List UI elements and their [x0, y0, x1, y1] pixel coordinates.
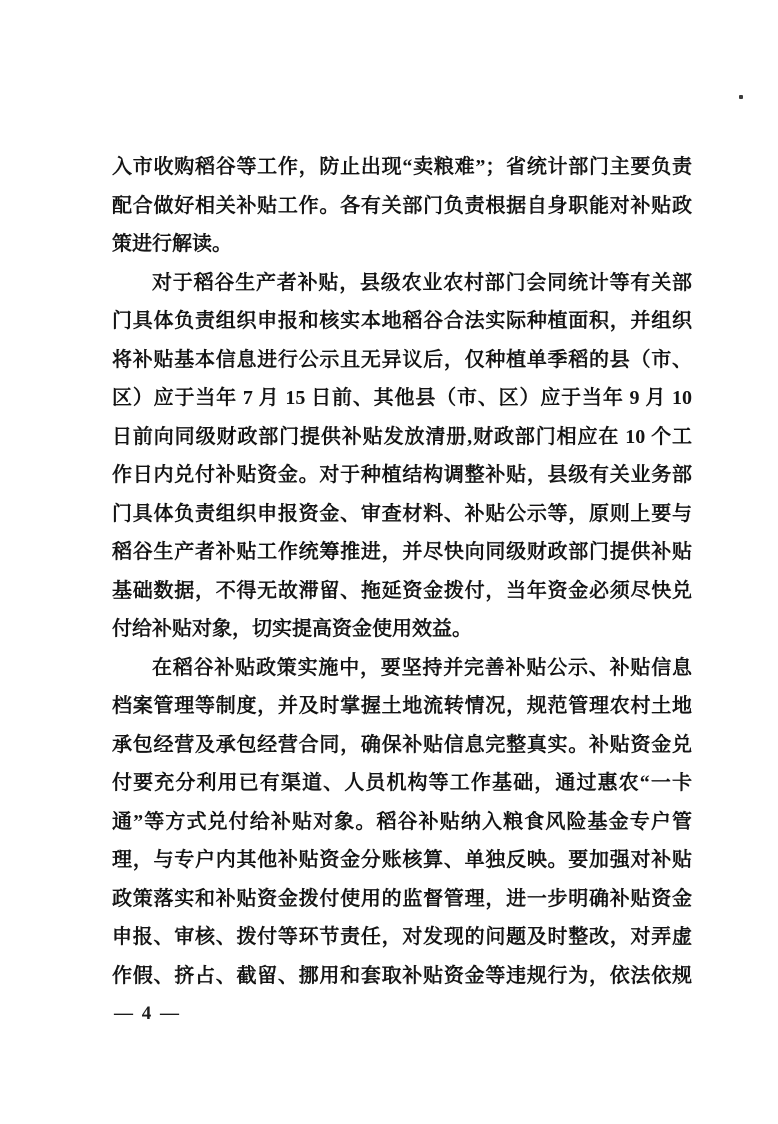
- text-line: 档案管理等制度，并及时掌握土地流转情况，规范管理农村土地: [112, 687, 692, 726]
- text-line: 区）应于当年 7 月 15 日前、其他县（市、区）应于当年 9 月 10: [112, 379, 692, 418]
- text-line: 基础数据，不得无故滞留、拖延资金拨付，当年资金必须尽快兑: [112, 572, 692, 611]
- text-line: 将补贴基本信息进行公示且无异议后，仅种植单季稻的县（市、: [112, 341, 692, 380]
- text-line: 门具体负责组织申报资金、审查材料、补贴公示等，原则上要与: [112, 495, 692, 534]
- text-line: 对于稻谷生产者补贴，县级农业农村部门会同统计等有关部: [112, 264, 692, 303]
- text-line: 稻谷生产者补贴工作统筹推进，并尽快向同级财政部门提供补贴: [112, 533, 692, 572]
- text-line: 付要充分利用已有渠道、人员机构等工作基础，通过惠农“一卡: [112, 764, 692, 803]
- text-line: 在稻谷补贴政策实施中，要坚持并完善补贴公示、补贴信息: [112, 649, 692, 688]
- text-line: 承包经营及承包经营合同，确保补贴信息完整真实。补贴资金兑: [112, 726, 692, 765]
- body-text: 入市收购稻谷等工作，防止出现“卖粮难”；省统计部门主要负责 配合做好相关补贴工作…: [112, 148, 692, 995]
- text-line: 配合做好相关补贴工作。各有关部门负责根据自身职能对补贴政: [112, 187, 692, 226]
- scan-artifact-dot: [739, 95, 743, 99]
- document-page: 入市收购稻谷等工作，防止出现“卖粮难”；省统计部门主要负责 配合做好相关补贴工作…: [0, 0, 778, 1124]
- text-line: 理，与专户内其他补贴资金分账核算、单独反映。要加强对补贴: [112, 841, 692, 880]
- text-line: 策进行解读。: [112, 225, 692, 264]
- text-line: 通”等方式兑付给补贴对象。稻谷补贴纳入粮食风险基金专户管: [112, 803, 692, 842]
- text-line: 作假、挤占、截留、挪用和套取补贴资金等违规行为，依法依规: [112, 957, 692, 996]
- text-line: 入市收购稻谷等工作，防止出现“卖粮难”；省统计部门主要负责: [112, 148, 692, 187]
- text-line: 作日内兑付补贴资金。对于种植结构调整补贴，县级有关业务部: [112, 456, 692, 495]
- text-line: 申报、审核、拨付等环节责任，对发现的问题及时整改，对弄虚: [112, 918, 692, 957]
- page-number: — 4 —: [114, 1003, 181, 1025]
- text-line: 政策落实和补贴资金拨付使用的监督管理，进一步明确补贴资金: [112, 880, 692, 919]
- text-line: 付给补贴对象，切实提高资金使用效益。: [112, 610, 692, 649]
- text-line: 门具体负责组织申报和核实本地稻谷合法实际种植面积，并组织: [112, 302, 692, 341]
- text-line: 日前向同级财政部门提供补贴发放清册,财政部门相应在 10 个工: [112, 418, 692, 457]
